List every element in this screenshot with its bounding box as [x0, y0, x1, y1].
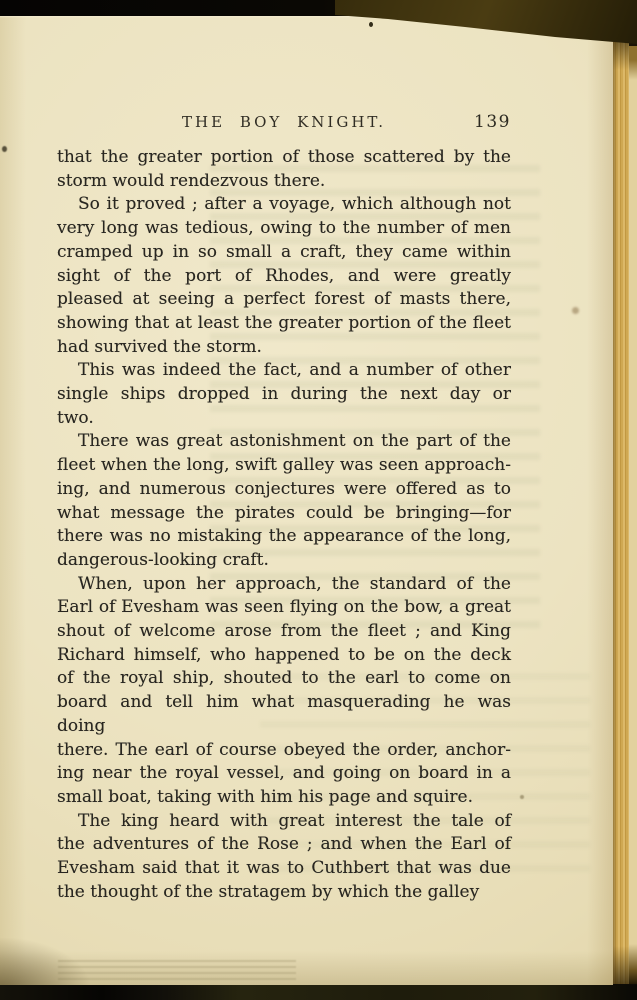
text-line: pleased at seeing a perfect forest of ma…	[57, 288, 511, 312]
paper-speck	[520, 795, 524, 799]
text-line: ing near the royal vessel, and going on …	[57, 762, 511, 786]
text-line: there. The earl of course obeyed the ord…	[57, 739, 511, 763]
book-fore-edge	[613, 18, 629, 984]
body-text: that the greater portion of those scatte…	[57, 146, 511, 905]
scanner-background-bottom	[0, 985, 637, 1000]
text-line: cramped up in so small a craft, they cam…	[57, 241, 511, 265]
text-line: of the royal ship, shouted to the earl t…	[57, 667, 511, 691]
back-page-edge	[629, 20, 637, 984]
text-line: So it proved ; after a voyage, which alt…	[57, 193, 511, 217]
text-line: small boat, taking with him his page and…	[57, 786, 511, 810]
text-line: there was no mistaking the appearance of…	[57, 525, 511, 549]
page-stack-lines	[58, 956, 296, 982]
text-line: dangerous-looking craft.	[57, 549, 511, 573]
text-line: the thought of the stratagem by which th…	[57, 881, 511, 905]
running-header: THE BOY KNIGHT. 139	[57, 113, 511, 135]
text-line: had survived the storm.	[57, 336, 511, 360]
text-line: The king heard with great interest the t…	[57, 810, 511, 834]
scanned-book-photo: THE BOY KNIGHT. 139 that the greater por…	[0, 0, 637, 1000]
text-line: Evesham said that it was to Cuthbert tha…	[57, 857, 511, 881]
text-line: what message the pirates could be bringi…	[57, 502, 511, 526]
text-line: shout of welcome arose from the fleet ; …	[57, 620, 511, 644]
text-line: single ships dropped in during the next …	[57, 383, 511, 407]
paper-speck	[369, 22, 373, 27]
text-line: Earl of Evesham was seen flying on the b…	[57, 596, 511, 620]
text-line: Richard himself, who happened to be on t…	[57, 644, 511, 668]
text-line: fleet when the long, swift galley was se…	[57, 454, 511, 478]
paper-speck	[2, 146, 7, 152]
text-line: This was indeed the fact, and a number o…	[57, 359, 511, 383]
text-line: storm would rendezvous there.	[57, 170, 511, 194]
text-line: There was great astonishment on the part…	[57, 430, 511, 454]
text-line: the adventures of the Rose ; and when th…	[57, 833, 511, 857]
text-line: board and tell him what masquerading he …	[57, 691, 511, 738]
text-line: ing, and numerous conjectures were offer…	[57, 478, 511, 502]
paper-speck	[572, 307, 579, 314]
text-line: very long was tedious, owing to the numb…	[57, 217, 511, 241]
page-number: 139	[474, 112, 511, 132]
running-header-title: THE BOY KNIGHT.	[57, 113, 511, 131]
text-line: that the greater portion of those scatte…	[57, 146, 511, 170]
text-line: two.	[57, 407, 511, 431]
text-line: sight of the port of Rhodes, and were gr…	[57, 265, 511, 289]
text-line: When, upon her approach, the standard of…	[57, 573, 511, 597]
text-line: showing that at least the greater portio…	[57, 312, 511, 336]
corner-shadow	[0, 938, 90, 990]
